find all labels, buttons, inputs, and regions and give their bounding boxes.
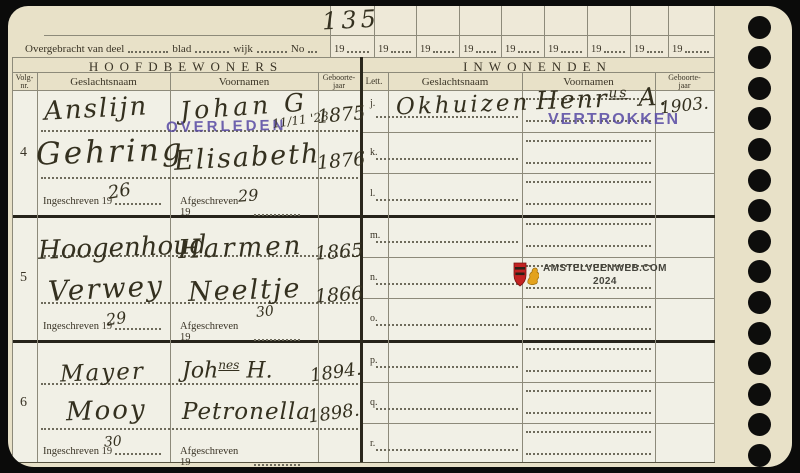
- inwonenden-row-k: k.: [360, 132, 715, 174]
- dotted-line: [376, 366, 518, 368]
- entry-surname: Verwey: [47, 269, 165, 308]
- row-letter: j.: [370, 98, 375, 109]
- dotted-line: [526, 370, 651, 372]
- grid-line: [668, 6, 669, 57]
- dotted-blank: [347, 51, 370, 53]
- dotted-blank: [195, 51, 229, 53]
- inwonenden-row-q: q.: [360, 382, 715, 424]
- divider: [44, 35, 714, 36]
- year-column: 19: [378, 41, 414, 55]
- dotted-blank: [685, 51, 710, 53]
- year-column: 19: [591, 41, 628, 55]
- row-letter: k.: [370, 147, 378, 158]
- afgeschreven-year: 29: [237, 185, 259, 205]
- dotted-blank: [115, 203, 161, 205]
- name-rule: [41, 177, 358, 179]
- dotted-blank: [257, 51, 287, 53]
- dotted-line: [376, 283, 518, 285]
- row-letter: n.: [370, 272, 378, 283]
- colhead-surname-left: Geslachtsnaam: [37, 77, 170, 89]
- ingeschreven-text: Ingeschreven 19: [43, 196, 112, 207]
- dotted-line: [376, 241, 518, 243]
- colhead-birthyear-line2: jaar: [318, 82, 360, 90]
- colhead-firstnames-left: Voornamen: [170, 77, 318, 89]
- section-title-inwonenden: INWONENDEN: [360, 59, 715, 75]
- transfer-line: Overgebracht van deel blad wijk No: [25, 37, 321, 55]
- transfer-label-wijk: wijk: [233, 43, 253, 55]
- dotted-blank: [433, 51, 455, 53]
- punch-hole: [748, 16, 771, 39]
- row-letter: r.: [370, 438, 375, 449]
- column-line: [37, 72, 38, 462]
- dotted-line: [526, 390, 651, 392]
- ingeschreven-year: 29: [105, 308, 128, 330]
- dotted-line: [376, 158, 518, 160]
- entry-firstnames: Johnes H.: [182, 358, 273, 383]
- ingeschreven-label: Ingeschreven 19: [43, 196, 163, 207]
- dotted-blank: [604, 51, 626, 53]
- year-label: 19: [420, 44, 431, 55]
- punch-hole: [748, 352, 771, 375]
- year-label: 19: [505, 44, 516, 55]
- colhead-volgnr-line2: nr.: [12, 82, 37, 90]
- card: 135 Overgebracht van deel blad wijk No 1…: [8, 6, 792, 467]
- afgeschreven-label: Afgeschreven 19: [180, 446, 300, 467]
- scanned-register-card: 135 Overgebracht van deel blad wijk No 1…: [0, 0, 800, 473]
- entry-firstnames: Petronella: [182, 399, 311, 425]
- grid-line: [587, 6, 588, 57]
- entry-firstnames: Harmen: [178, 231, 304, 265]
- punch-hole: [748, 383, 771, 406]
- dotted-blank: [476, 51, 497, 53]
- dotted-line: [376, 408, 518, 410]
- punch-hole: [748, 291, 771, 314]
- name-rule: [41, 428, 358, 430]
- dotted-line: [526, 431, 651, 433]
- inwonenden-row-r: r.: [360, 423, 715, 465]
- inwonenden-row-o: o.: [360, 298, 715, 340]
- afgeschreven-label: Afgeschreven 19: [180, 321, 300, 343]
- ingeschreven-year: 26: [106, 179, 132, 204]
- punch-hole: [748, 230, 771, 253]
- row-letter: q.: [370, 397, 378, 408]
- dotted-blank: [115, 453, 161, 455]
- entry-surname: Anslijn: [43, 91, 149, 126]
- year-label: 19: [591, 44, 602, 55]
- entry-surname: Mayer: [60, 359, 146, 388]
- transfer-label-no: No: [291, 43, 304, 55]
- transfer-label-deel: Overgebracht van deel: [25, 43, 124, 55]
- entry-birthyear: 1866: [314, 282, 364, 307]
- dotted-line: [526, 203, 651, 205]
- section-title-hoofdbewoners: HOOFDBEWONERS: [12, 59, 360, 75]
- dotted-line: [526, 328, 651, 330]
- volgnr-6: 6: [20, 395, 27, 411]
- year-column: 19: [505, 41, 542, 55]
- watermark-site: AMSTELVEENWEB.COM: [543, 262, 667, 275]
- year-column: 19: [420, 41, 457, 55]
- ingeschreven-text: Ingeschreven 19: [43, 321, 112, 332]
- punch-hole: [748, 169, 771, 192]
- dotted-blank: [391, 51, 412, 53]
- row-letter: m.: [370, 230, 380, 241]
- watermark: AMSTELVEENWEB.COM 2024: [513, 261, 667, 289]
- entry-firstnames: Neeltje: [187, 273, 301, 308]
- punch-hole: [748, 413, 771, 436]
- year-label: 19: [463, 44, 474, 55]
- dotted-line: [526, 453, 651, 455]
- inwonenden-row-p: p.: [360, 340, 715, 382]
- dotted-blank: [254, 339, 300, 341]
- dotted-line: [526, 348, 651, 350]
- row-letter: p.: [370, 355, 378, 366]
- vertrokken-stamp: VERTROKKEN: [548, 111, 680, 129]
- ingeschreven-label: Ingeschreven 19: [43, 446, 163, 457]
- punch-hole: [748, 46, 771, 69]
- dotted-line: [376, 324, 518, 326]
- punch-hole: [748, 322, 771, 345]
- entry-birthyear: 1876: [316, 148, 366, 174]
- year-label: 19: [672, 44, 683, 55]
- dotted-blank: [128, 51, 168, 53]
- dotted-line: [526, 245, 651, 247]
- punch-hole: [748, 444, 771, 467]
- year-label: 19: [378, 44, 389, 55]
- dotted-blank: [561, 51, 583, 53]
- volgnr-4: 4: [20, 145, 27, 161]
- entry-birthyear: 1865: [314, 239, 364, 264]
- year-label: 19: [634, 44, 645, 55]
- grid-line: [459, 6, 460, 57]
- year-label: 19: [548, 44, 559, 55]
- year-column: 19: [334, 41, 372, 55]
- dotted-blank: [254, 464, 300, 466]
- colhead-surname-right: Geslachtsnaam: [388, 77, 522, 89]
- firstname-superscript: nes: [218, 358, 239, 372]
- dotted-line: [526, 140, 651, 142]
- punch-hole: [748, 199, 771, 222]
- table-left-edge: [12, 57, 13, 462]
- dotted-line: [376, 199, 518, 201]
- grid-line: [544, 6, 545, 57]
- year-column: 19: [672, 41, 712, 55]
- year-column: 19: [463, 41, 499, 55]
- punch-hole: [748, 260, 771, 283]
- transfer-label-blad: blad: [172, 43, 191, 55]
- firstname-superscript: us: [608, 85, 628, 102]
- grid-line: [501, 6, 502, 57]
- dotted-line: [526, 223, 651, 225]
- page-number: 135: [321, 6, 380, 35]
- dotted-blank: [518, 51, 540, 53]
- ingeschreven-label: Ingeschreven 19: [43, 321, 163, 332]
- watermark-year: 2024: [543, 275, 667, 288]
- colhead-lett: Lett.: [360, 77, 388, 86]
- punch-hole: [748, 107, 771, 130]
- afgeschreven-text: Afgeschreven 19: [180, 321, 251, 343]
- punch-hole: [748, 77, 771, 100]
- firstname-rest: H.: [246, 358, 272, 383]
- colhead-birthyear-left: Geboorte- jaar: [318, 74, 360, 91]
- year-column: 19: [548, 41, 585, 55]
- afgeschreven-year: 30: [255, 303, 274, 321]
- volgnr-5: 5: [20, 270, 27, 286]
- row-letter: l.: [370, 188, 375, 199]
- dotted-line: [526, 306, 651, 308]
- grid-line: [630, 6, 631, 57]
- inwonenden-row-l: l.: [360, 173, 715, 215]
- year-column: 19: [634, 41, 666, 55]
- grid-line: [416, 6, 417, 57]
- inwonenden-row-m: m.: [360, 215, 715, 257]
- entry-surname: Mooy: [66, 395, 148, 428]
- entry-surname: Okhuizen: [396, 90, 531, 121]
- amstelveen-crest-icon: [513, 261, 539, 289]
- colhead-volgnr: Volg- nr.: [12, 74, 37, 91]
- dotted-line: [526, 412, 651, 414]
- firstname-base: Joh: [182, 358, 218, 383]
- dotted-blank: [254, 214, 300, 216]
- binder-holes: [748, 6, 771, 467]
- row-letter: o.: [370, 313, 378, 324]
- dotted-line: [526, 181, 651, 183]
- punch-hole: [748, 138, 771, 161]
- year-label: 19: [334, 44, 345, 55]
- dotted-blank: [308, 51, 317, 53]
- dotted-blank: [647, 51, 664, 53]
- dotted-blank: [115, 328, 161, 330]
- ingeschreven-year: 30: [103, 433, 122, 450]
- divider: [12, 57, 714, 58]
- dotted-line: [376, 449, 518, 451]
- dotted-line: [526, 162, 651, 164]
- afgeschreven-text: Afgeschreven 19: [180, 446, 251, 467]
- entry-surname: Gehring: [35, 131, 185, 172]
- ingeschreven-text: Ingeschreven 19: [43, 446, 112, 457]
